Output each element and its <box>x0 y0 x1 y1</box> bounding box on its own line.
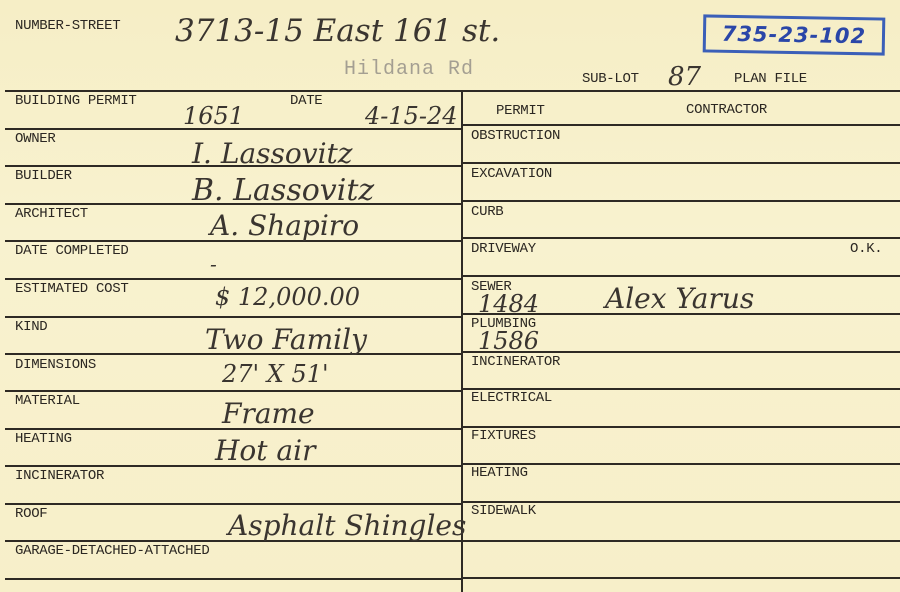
file-number-text: 735-23-102 <box>722 22 867 49</box>
row-divider <box>463 463 900 465</box>
row-divider <box>5 278 461 280</box>
sub-lot-label: SUB-LOT <box>582 71 639 87</box>
dimensions-label: DIMENSIONS <box>15 357 96 373</box>
estimated-cost-label: ESTIMATED COST <box>15 281 128 297</box>
row-divider <box>5 503 461 505</box>
roof-label: ROOF <box>15 506 47 522</box>
permit-sewer-contractor: Alex Yarus <box>605 285 754 313</box>
row-divider <box>463 200 900 202</box>
sub-lot-value: 87 <box>668 64 701 90</box>
permit-incinerator-label: INCINERATOR <box>471 354 560 370</box>
row-divider <box>5 578 461 580</box>
owner-label: OWNER <box>15 131 56 147</box>
building-permit-label: BUILDING PERMIT <box>15 93 137 109</box>
permit-fixtures-label: FIXTURES <box>471 428 536 444</box>
owner-value: I. Lassovitz <box>192 140 353 168</box>
kind-value: Two Family <box>205 326 367 354</box>
material-label: MATERIAL <box>15 393 80 409</box>
roof-value: Asphalt Shingles <box>228 512 466 540</box>
permit-heating-label: HEATING <box>471 465 528 481</box>
permit-sidewalk-label: SIDEWALK <box>471 503 536 519</box>
permit-header: PERMIT <box>496 103 545 119</box>
estimated-cost-value: $ 12,000.00 <box>215 285 360 309</box>
dimensions-value: 27' X 51' <box>222 362 329 386</box>
row-divider <box>463 275 900 277</box>
permit-driveway-label: DRIVEWAY <box>471 241 536 257</box>
permit-obstruction-label: OBSTRUCTION <box>471 128 560 144</box>
contractor-header: CONTRACTOR <box>686 102 767 118</box>
row-divider <box>463 162 900 164</box>
date-completed-label: DATE COMPLETED <box>15 243 128 259</box>
building-permit-card: NUMBER-STREET 3713-15 East 161 st. Hilda… <box>0 0 900 592</box>
number-street-label: NUMBER-STREET <box>15 18 120 34</box>
row-divider <box>463 540 900 542</box>
date-completed-value: - <box>210 254 217 274</box>
heating-label: HEATING <box>15 431 72 447</box>
row-divider <box>5 316 461 318</box>
heating-value: Hot air <box>215 437 315 465</box>
row-divider <box>463 237 900 239</box>
file-number-stamp: 735-23-102 <box>703 14 886 55</box>
builder-value: B. Lassovitz <box>192 176 374 206</box>
permit-electrical-label: ELECTRICAL <box>471 390 552 406</box>
permit-sewer-number: 1484 <box>478 292 539 316</box>
plan-file-label: PLAN FILE <box>734 71 807 87</box>
permit-curb-label: CURB <box>471 204 503 220</box>
date-label: DATE <box>290 93 322 109</box>
architect-label: ARCHITECT <box>15 206 88 222</box>
divider <box>5 90 900 92</box>
architect-value: A. Shapiro <box>210 212 359 240</box>
permit-plumbing-number: 1586 <box>478 329 539 353</box>
building-permit-value: 1651 <box>183 104 244 128</box>
row-divider <box>5 390 461 392</box>
date-value: 4-15-24 <box>365 104 458 128</box>
row-divider <box>463 124 900 126</box>
typed-street-stamp: Hildana Rd <box>344 58 474 81</box>
builder-label: BUILDER <box>15 168 72 184</box>
row-divider <box>463 577 900 579</box>
incinerator-label: INCINERATOR <box>15 468 104 484</box>
material-value: Frame <box>222 400 315 428</box>
permit-excavation-label: EXCAVATION <box>471 166 552 182</box>
number-street-value: 3713-15 East 161 st. <box>175 16 500 47</box>
permit-driveway-note: O.K. <box>850 241 882 257</box>
garage-detached-attached-label: GARAGE-DETACHED-ATTACHED <box>15 543 209 559</box>
kind-label: KIND <box>15 319 47 335</box>
